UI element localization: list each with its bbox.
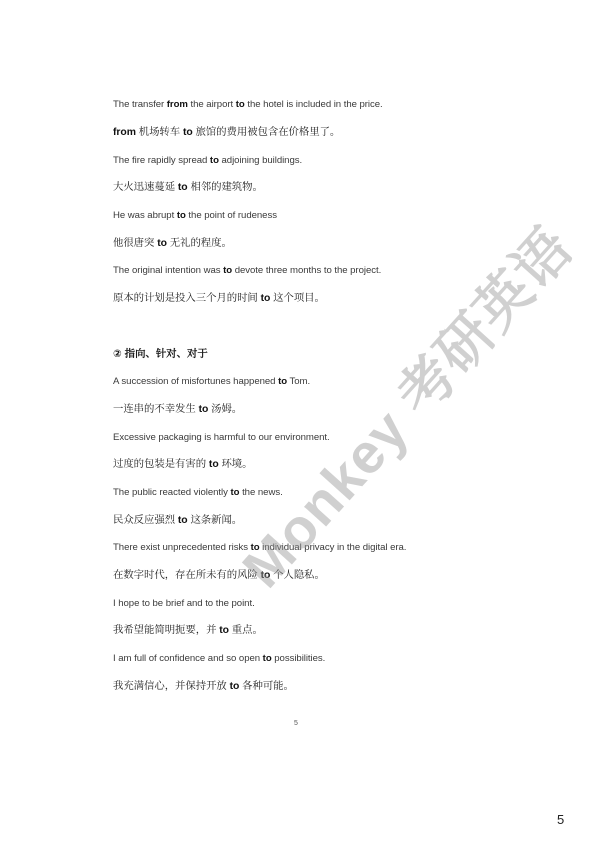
text-run: individual privacy in the digital era.: [260, 542, 407, 553]
text-run: 重点。: [229, 625, 263, 636]
text-run: 无礼的程度。: [167, 238, 232, 249]
chinese-translation-line: 过度的包装是有害的 to 环境。: [113, 458, 252, 472]
text-run: the hotel is included in the price.: [245, 99, 383, 110]
text-run: 个人隐私。: [270, 570, 325, 581]
text-run: 在数字时代，存在所未有的风险: [113, 570, 261, 581]
text-run: possibilities.: [272, 653, 326, 664]
chinese-translation-line: 我充满信心，并保持开放 to 各种可能。: [113, 680, 294, 694]
corner-page-number: 5: [557, 812, 564, 827]
keyword: to: [178, 182, 188, 193]
keyword: to: [278, 376, 287, 387]
keyword: to: [209, 459, 219, 470]
text-run: 相邻的建筑物。: [188, 182, 263, 193]
keyword: to: [183, 127, 193, 138]
keyword: to: [177, 210, 186, 221]
text-run: 过度的包装是有害的: [113, 459, 209, 470]
english-example-line: He was abrupt to the point of rudeness: [113, 209, 277, 223]
text-run: 机场转车: [136, 127, 183, 138]
text-run: The original intention was: [113, 265, 223, 276]
english-example-line: A succession of misfortunes happened to …: [113, 375, 310, 389]
text-run: 这个项目。: [270, 293, 325, 304]
keyword: from: [167, 99, 188, 110]
chinese-translation-line: 我希望能简明扼要，并 to 重点。: [113, 624, 263, 638]
keyword: to: [251, 542, 260, 553]
text-run: Tom.: [287, 376, 310, 387]
keyword: to: [199, 404, 209, 415]
english-example-line: Excessive packaging is harmful to our en…: [113, 431, 330, 445]
english-example-line: There exist unprecedented risks to indiv…: [113, 541, 406, 555]
text-run: I hope to be brief and to the point.: [113, 598, 255, 609]
keyword: to: [157, 238, 167, 249]
keyword: to: [261, 570, 271, 581]
keyword: to: [230, 681, 240, 692]
text-run: the point of rudeness: [186, 210, 277, 221]
keyword: to: [178, 515, 188, 526]
text-run: 汤姆。: [208, 404, 242, 415]
keyword: to: [223, 265, 232, 276]
text-run: 他很唐突: [113, 238, 157, 249]
keyword: to: [236, 99, 245, 110]
text-run: the news.: [239, 487, 282, 498]
text-run: The transfer: [113, 99, 167, 110]
chinese-translation-line: from 机场转车 to 旅馆的费用被包含在价格里了。: [113, 126, 340, 140]
chinese-translation-line: 一连串的不幸发生 to 汤姆。: [113, 403, 242, 417]
english-example-line: I am full of confidence and so open to p…: [113, 652, 325, 666]
text-run: The fire rapidly spread: [113, 155, 210, 166]
page-footer-number: 5: [294, 720, 298, 727]
section-heading: ② 指向、针对、对于: [113, 348, 208, 362]
english-example-line: The transfer from the airport to the hot…: [113, 98, 383, 112]
text-run: 我充满信心，并保持开放: [113, 681, 230, 692]
text-run: 原本的计划是投入三个月的时间: [113, 293, 261, 304]
text-run: adjoining buildings.: [219, 155, 302, 166]
text-run: A succession of misfortunes happened: [113, 376, 278, 387]
text-run: the airport: [188, 99, 236, 110]
english-example-line: The original intention was to devote thr…: [113, 264, 381, 278]
text-run: The public reacted violently: [113, 487, 230, 498]
text-run: devote three months to the project.: [232, 265, 381, 276]
chinese-translation-line: 大火迅速蔓延 to 相邻的建筑物。: [113, 181, 263, 195]
keyword: to: [263, 653, 272, 664]
text-run: Excessive packaging is harmful to our en…: [113, 432, 330, 443]
chinese-translation-line: 他很唐突 to 无礼的程度。: [113, 237, 232, 251]
text-run: 我希望能简明扼要，并: [113, 625, 219, 636]
text-run: 旅馆的费用被包含在价格里了。: [193, 127, 341, 138]
english-example-line: The fire rapidly spread to adjoining bui…: [113, 154, 302, 168]
text-run: 大火迅速蔓延: [113, 182, 178, 193]
text-run: He was abrupt: [113, 210, 177, 221]
keyword: to: [219, 625, 229, 636]
chinese-translation-line: 民众反应强烈 to 这条新闻。: [113, 514, 242, 528]
keyword: to: [261, 293, 271, 304]
document-page: The transfer from the airport to the hot…: [0, 0, 595, 842]
english-example-line: The public reacted violently to the news…: [113, 486, 283, 500]
chinese-translation-line: 在数字时代，存在所未有的风险 to 个人隐私。: [113, 569, 325, 583]
keyword: from: [113, 127, 136, 138]
text-run: 环境。: [219, 459, 253, 470]
text-run: 民众反应强烈: [113, 515, 178, 526]
text-run: There exist unprecedented risks: [113, 542, 251, 553]
keyword: to: [210, 155, 219, 166]
text-run: I am full of confidence and so open: [113, 653, 263, 664]
english-example-line: I hope to be brief and to the point.: [113, 597, 255, 611]
text-run: 一连串的不幸发生: [113, 404, 199, 415]
chinese-translation-line: 原本的计划是投入三个月的时间 to 这个项目。: [113, 292, 325, 306]
text-run: 各种可能。: [239, 681, 294, 692]
text-run: 这条新闻。: [188, 515, 243, 526]
